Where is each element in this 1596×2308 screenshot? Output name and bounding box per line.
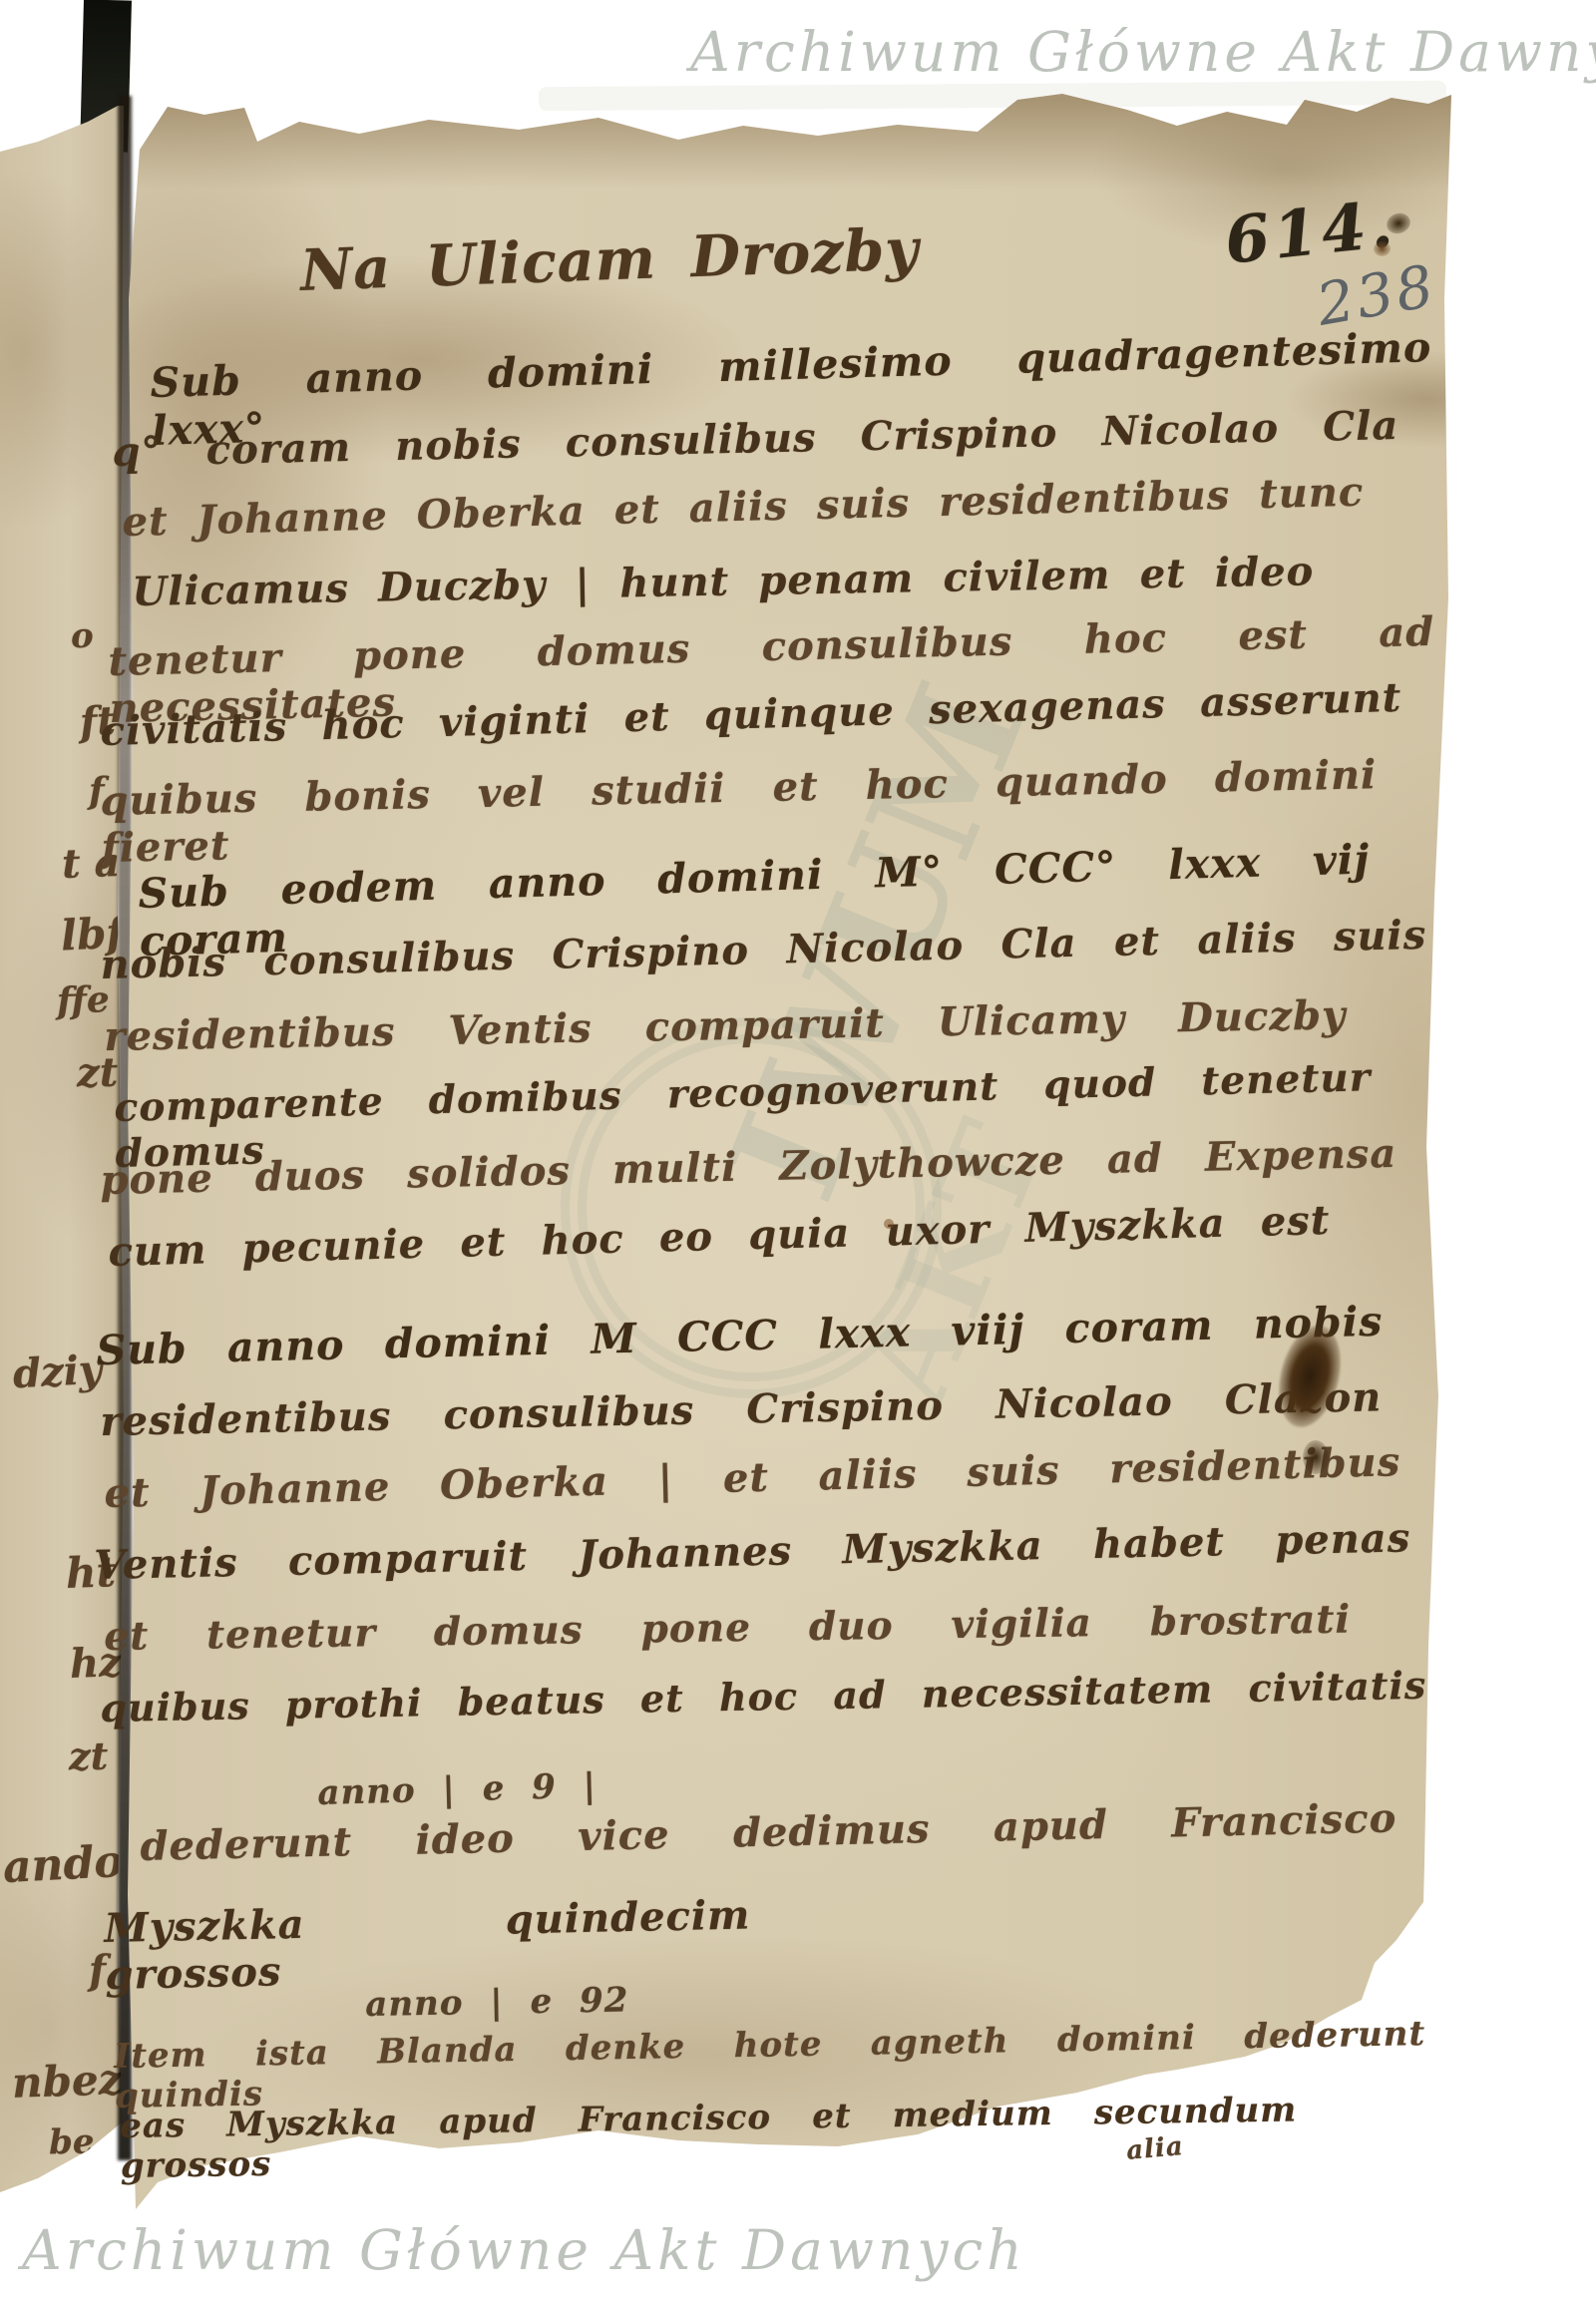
interline-note: anno | e 9 | bbox=[317, 1766, 597, 1813]
fragment-line-ending: o bbox=[71, 616, 95, 657]
ink-speck bbox=[884, 1219, 894, 1229]
archival-scan: { "archive_watermark": { "top_text": "Ar… bbox=[0, 0, 1596, 2308]
fragment-line-ending: nbez bbox=[11, 2055, 123, 2108]
archive-watermark-top: Archiwum Główne Akt Dawnych bbox=[690, 20, 1596, 84]
fragment-line-ending: zt bbox=[68, 1733, 108, 1779]
interline-note: alia bbox=[1125, 2131, 1185, 2166]
interline-note: anno | e 92 bbox=[365, 1980, 629, 2025]
fragment-line-ending: be bbox=[48, 2122, 94, 2163]
adjacent-page-fragment: oftft albfffeztdziyhthzztandofnbezbe bbox=[0, 100, 124, 2194]
ink-blot-tail bbox=[1303, 1440, 1329, 1474]
fragment-line-ending: ando bbox=[2, 1836, 124, 1893]
fragment-line-ending: f bbox=[88, 1947, 107, 1995]
ink-speck bbox=[1374, 241, 1391, 256]
fragment-line-ending: dziy bbox=[12, 1346, 103, 1398]
archive-watermark-bottom: Archiwum Główne Akt Dawnych bbox=[22, 2218, 1026, 2282]
